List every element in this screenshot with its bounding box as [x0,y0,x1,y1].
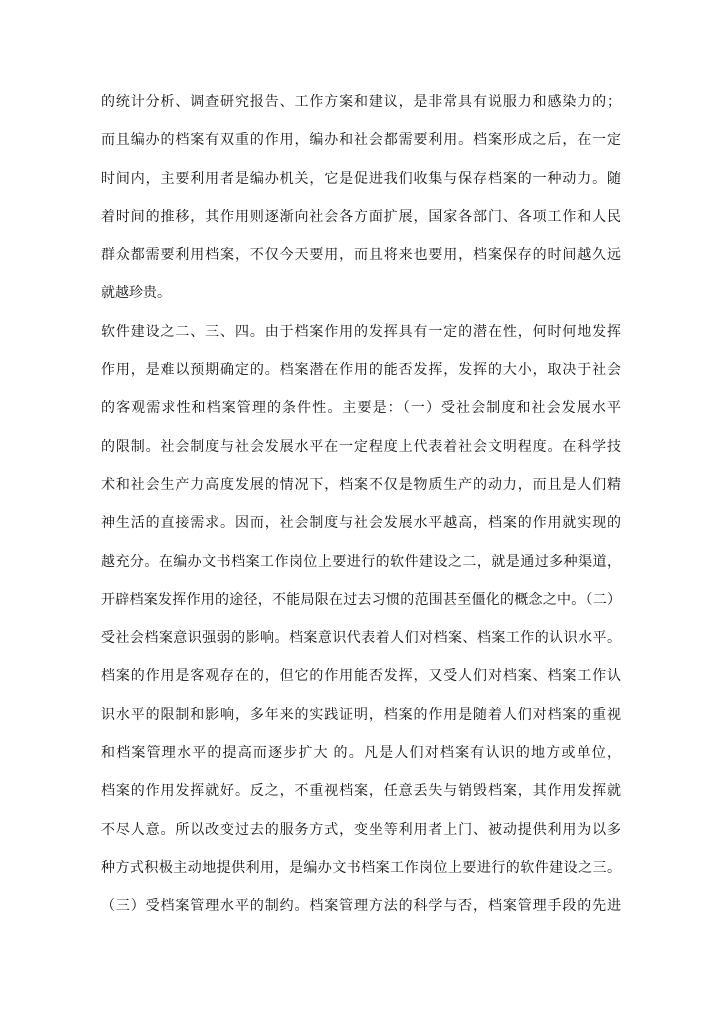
document-page: 的统计分析、调查研究报告、工作方案和建议，是非常具有说服力和感染力的； 而且编办… [0,0,721,1020]
text-line: 神生活的直接需求。因而，社会制度与社会发展水平越高，档案的作用就实现的 [101,505,621,543]
text-line: 识水平的限制和影响，多年来的实践证明，档案的作用是随着人们对档案的重视 [101,697,621,735]
text-line: 的客观需求性和档案管理的条件性。主要是：（一）受社会制度和社会发展水平 [101,390,621,428]
text-line: 档案的作用是客观存在的，但它的作用能否发挥，又受人们对档案、档案工作认 [101,658,621,696]
text-line: 受社会档案意识强弱的影响。档案意识代表着人们对档案、档案工作的认识水平。 [101,620,621,658]
text-line: 术和社会生产力高度发展的情况下，档案不仅是物质生产的动力，而且是人们精 [101,467,621,505]
text-line: 就越珍贵。 [101,275,621,313]
text-line: 档案的作用发挥就好。反之，不重视档案，任意丢失与销毁档案，其作用发挥就 [101,773,621,811]
text-line: 越充分。在编办文书档案工作岗位上要进行的软件建设之二，就是通过多种渠道， [101,544,621,582]
text-line: 作用，是难以预期确定的。档案潜在作用的能否发挥，发挥的大小，取决于社会 [101,352,621,390]
text-line: 群众都需要利用档案，不仅今天要用，而且将来也要用，档案保存的时间越久远 [101,237,621,275]
paragraph-2: 软件建设之二、三、四。由于档案作用的发挥具有一定的潜在性，何时何地发挥 作用，是… [101,314,621,927]
text-line: 开辟档案发挥作用的途径，不能局限在过去习惯的范围甚至僵化的概念之中。（二） [101,582,621,620]
text-line: 和档案管理水平的提高而逐步扩大 的。凡是人们对档案有认识的地方或单位， [101,735,621,773]
text-line: 不尽人意。所以改变过去的服务方式，变坐等利用者上门、被动提供利用为以多 [101,812,621,850]
text-line: 时间内，主要利用者是编办机关，它是促进我们收集与保存档案的一种动力。随 [101,161,621,199]
document-text: 的统计分析、调查研究报告、工作方案和建议，是非常具有说服力和感染力的； 而且编办… [101,84,621,927]
text-line: 软件建设之二、三、四。由于档案作用的发挥具有一定的潜在性，何时何地发挥 [101,314,621,352]
text-line: 而且编办的档案有双重的作用，编办和社会都需要利用。档案形成之后，在一定 [101,122,621,160]
text-line: 的限制。社会制度与社会发展水平在一定程度上代表着社会文明程度。在科学技 [101,429,621,467]
text-line: 种方式积极主动地提供利用，是编办文书档案工作岗位上要进行的软件建设之三。 [101,850,621,888]
text-line: 的统计分析、调查研究报告、工作方案和建议，是非常具有说服力和感染力的； [101,84,621,122]
text-line: 着时间的推移，其作用则逐渐向社会各方面扩展，国家各部门、各项工作和人民 [101,199,621,237]
paragraph-1: 的统计分析、调查研究报告、工作方案和建议，是非常具有说服力和感染力的； 而且编办… [101,84,621,314]
text-line: （三）受档案管理水平的制约。档案管理方法的科学与否，档案管理手段的先进 [101,888,621,926]
